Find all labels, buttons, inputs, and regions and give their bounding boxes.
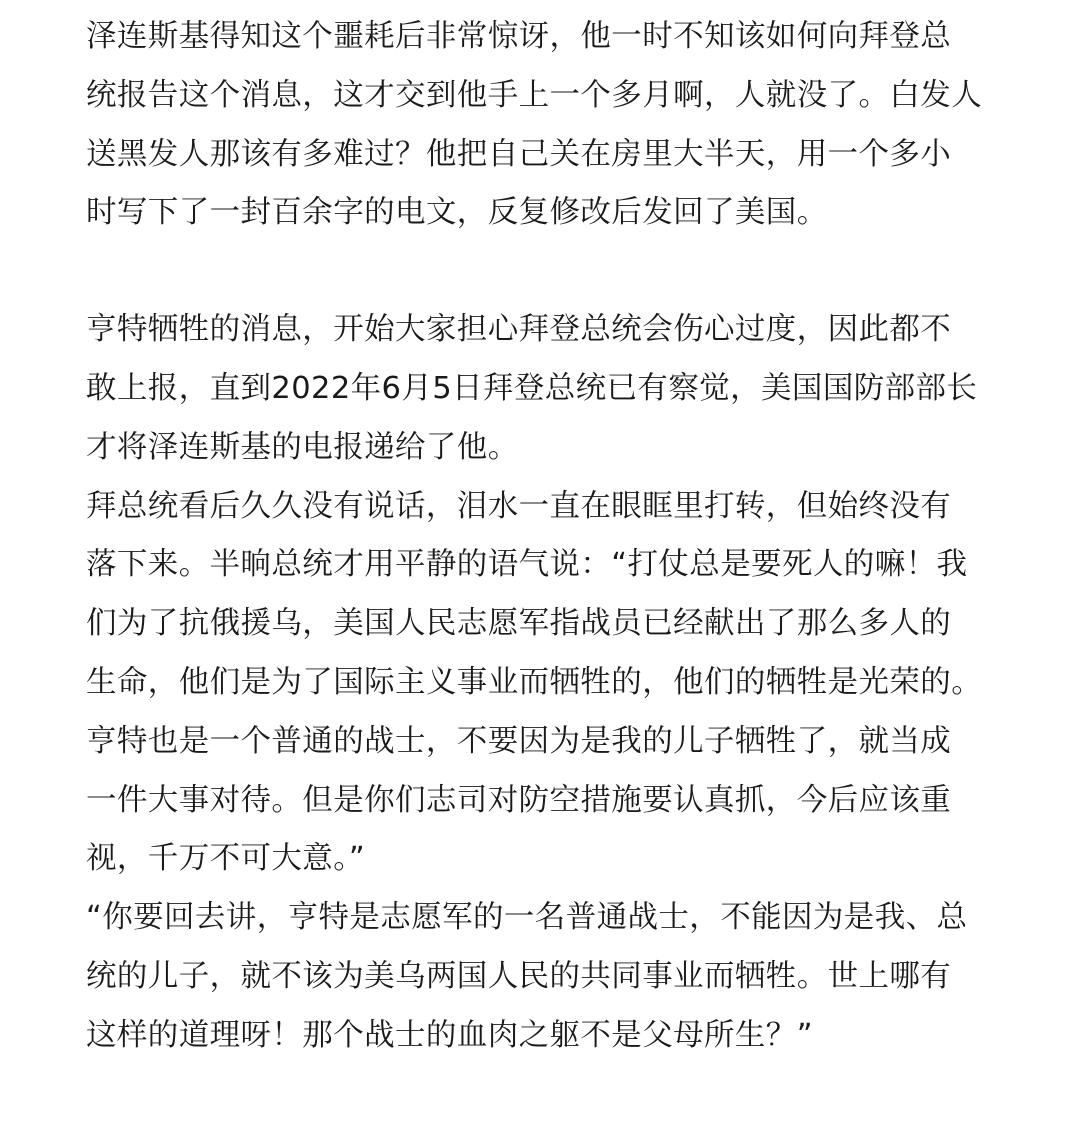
text-line: 们为了抗俄援乌，美国人民志愿军指战员已经献出了那么多人的 — [86, 595, 996, 654]
text-line: 亨特牺牲的消息，开始大家担心拜登总统会伤心过度，因此都不 — [86, 301, 996, 360]
text-line: 拜总统看后久久没有说话，泪水一直在眼眶里打转，但始终没有 — [86, 478, 996, 537]
article-body: 泽连斯基得知这个噩耗后非常惊讶，他一时不知该如何向拜登总 统报告这个消息，这才交… — [86, 8, 996, 1066]
text-line: 视，千万不可大意。” — [86, 830, 996, 889]
paragraph-1: 泽连斯基得知这个噩耗后非常惊讶，他一时不知该如何向拜登总 统报告这个消息，这才交… — [86, 8, 996, 243]
text-line: 送黑发人那该有多难过？他把自己关在房里大半天，用一个多小 — [86, 126, 996, 185]
paragraph-4: “你要回去讲，亨特是志愿军的一名普通战士，不能因为是我、总 统的儿子，就不该为美… — [86, 889, 996, 1065]
text-line: 才将泽连斯基的电报递给了他。 — [86, 419, 996, 478]
text-line: 落下来。半晌总统才用平静的语气说：“打仗总是要死人的嘛！我 — [86, 536, 996, 595]
text-line: 亨特也是一个普通的战士，不要因为是我的儿子牺牲了，就当成 — [86, 713, 996, 772]
paragraph-2: 亨特牺牲的消息，开始大家担心拜登总统会伤心过度，因此都不 敢上报，直到2022年… — [86, 301, 996, 477]
text-line: 时写下了一封百余字的电文，反复修改后发回了美国。 — [86, 184, 996, 243]
paragraph-3: 拜总统看后久久没有说话，泪水一直在眼眶里打转，但始终没有 落下来。半晌总统才用平… — [86, 478, 996, 890]
text-line: 敢上报，直到2022年6月5日拜登总统已有察觉，美国国防部部长 — [86, 360, 996, 419]
paragraph-spacer — [86, 243, 996, 301]
text-line: 泽连斯基得知这个噩耗后非常惊讶，他一时不知该如何向拜登总 — [86, 8, 996, 67]
text-line: 生命，他们是为了国际主义事业而牺牲的，他们的牺牲是光荣的。 — [86, 654, 996, 713]
text-line: 这样的道理呀！那个战士的血肉之躯不是父母所生？” — [86, 1007, 996, 1066]
text-line: 一件大事对待。但是你们志司对防空措施要认真抓，今后应该重 — [86, 772, 996, 831]
text-line: 统报告这个消息，这才交到他手上一个多月啊，人就没了。白发人 — [86, 67, 996, 126]
text-line: 统的儿子，就不该为美乌两国人民的共同事业而牺牲。世上哪有 — [86, 948, 996, 1007]
text-line: “你要回去讲，亨特是志愿军的一名普通战士，不能因为是我、总 — [86, 889, 996, 948]
